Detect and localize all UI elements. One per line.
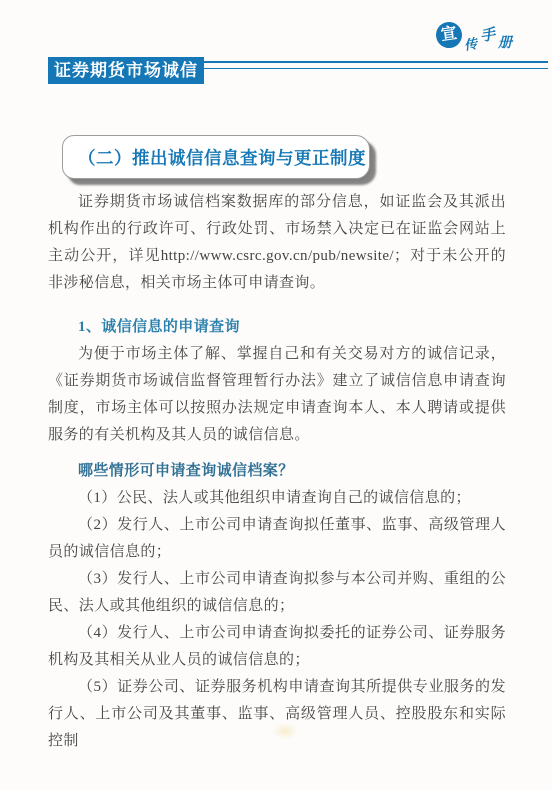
- section-banner: （二）推出诚信信息查询与更正制度: [62, 135, 370, 179]
- logo-char: 传: [462, 33, 478, 54]
- print-smudge: [272, 722, 298, 740]
- logo-char: 册: [498, 32, 512, 52]
- question-heading: 哪些情形可申请查询诚信档案？: [48, 458, 506, 485]
- list-item-3: （3）发行人、上市公司申请查询拟参与本公司并购、重组的公民、法人或其他组织的诚信…: [48, 566, 506, 620]
- section-banner-title: （二）推出诚信信息查询与更正制度: [63, 145, 366, 170]
- body-content: 证券期货市场诚信档案数据库的部分信息，如证监会及其派出机构作出的行政许可、行政处…: [48, 189, 506, 755]
- paragraph-query-system: 为便于市场主体了解、掌握自己和有关交易对方的诚信记录，《证券期货市场诚信监督管理…: [48, 341, 506, 449]
- list-item-2: （2）发行人、上市公司申请查询拟任董事、监事、高级管理人员的诚信信息的；: [48, 512, 506, 566]
- list-item-5: （5）证券公司、证券服务机构申请查询其所提供专业服务的发行人、上市公司及其董事、…: [48, 674, 506, 755]
- logo-circle-icon: 宣: [434, 20, 463, 49]
- list-item-1: （1）公民、法人或其他组织申请查询自己的诚信信息的；: [48, 485, 506, 512]
- paragraph-intro: 证券期货市场诚信档案数据库的部分信息，如证监会及其派出机构作出的行政许可、行政处…: [48, 189, 506, 297]
- chapter-title-bar: 证券期货市场诚信: [48, 57, 204, 84]
- logo-char: 手: [479, 23, 497, 46]
- list-item-4: （4）发行人、上市公司申请查询拟委托的证券公司、证券服务机构及其相关从业人员的诚…: [48, 620, 506, 674]
- booklet-logo: 宣 传 手 册: [436, 22, 512, 56]
- section-subheading: 1、诚信信息的申请查询: [48, 314, 506, 341]
- booklet-page: 宣 传 手 册 证券期货市场诚信 （二）推出诚信信息查询与更正制度 证券期货市场…: [0, 0, 552, 790]
